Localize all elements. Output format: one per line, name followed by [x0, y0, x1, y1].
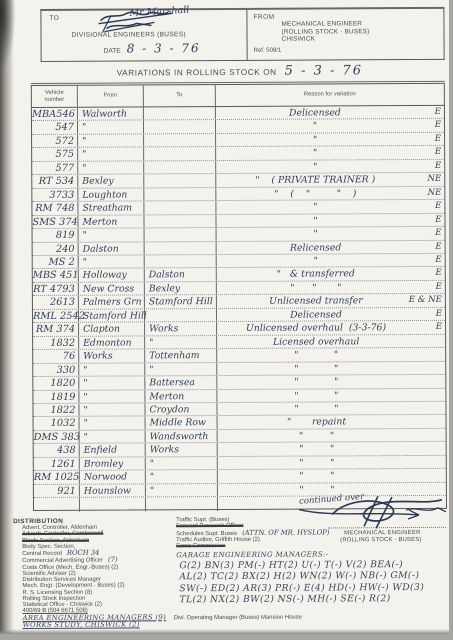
- from-location: Hounslow: [80, 484, 146, 497]
- reason-text: Unlicensed transfer: [217, 294, 415, 308]
- vehicle-number: RM 1025: [34, 471, 80, 484]
- reason-text: Relicensed: [217, 241, 415, 255]
- distribution-handwritten: AREA ENGINEERING MANAGERS (9)WORKS STUDY…: [14, 614, 174, 630]
- from-location: Streatham: [78, 202, 144, 215]
- title-date: 5 - 3 - 76: [285, 63, 363, 78]
- to-location: [144, 147, 216, 160]
- reason-cell: " ": [217, 348, 445, 362]
- to-location: [144, 174, 216, 187]
- to-location: Stamford Hill: [145, 295, 217, 308]
- reason-cell: Unlicensed overhaul (3-3-76)E: [217, 321, 445, 335]
- status-code: E: [436, 308, 442, 321]
- vehicle-number: 1822: [33, 404, 79, 417]
- from-location: Bromley: [80, 457, 146, 470]
- from-location: Enfield: [80, 444, 146, 457]
- status-code: E: [435, 133, 441, 146]
- to-location: [144, 215, 216, 228]
- from-location: ": [80, 430, 146, 443]
- handwritten-note: (ATTN. OF MR. HYSLOP): [242, 528, 329, 536]
- col-from: From: [78, 85, 144, 106]
- reason-cell: "E: [216, 133, 444, 147]
- reason-text: " ": [218, 456, 416, 470]
- reason-text: Licensed overhaul: [217, 335, 415, 349]
- status-code: E: [436, 281, 442, 294]
- signature-block: MECHANICAL ENGINEER (ROLLING STOCK - BUS…: [326, 494, 451, 555]
- vehicle-number: DMS 383: [34, 431, 80, 444]
- to-location: [145, 242, 217, 255]
- to-location: [146, 497, 218, 511]
- to-location: [144, 120, 216, 133]
- from-location: ": [78, 134, 144, 147]
- reason-text: ": [216, 200, 414, 214]
- to-location: [144, 161, 216, 174]
- reason-cell: RelicensedE: [217, 240, 445, 254]
- from-location: Merton: [78, 215, 144, 228]
- reason-text: Delicensed: [217, 308, 415, 322]
- from-location: Clapton: [79, 323, 145, 336]
- reason-text: ": [216, 133, 414, 147]
- to-location: Dalston: [145, 268, 217, 281]
- vehicle-number: RML 2542: [33, 310, 79, 323]
- from-location: Edmonton: [79, 336, 145, 349]
- list-item-text: Traffic Auditor, Griffith House (2): [176, 537, 260, 543]
- middle-items: Traffic Supt. (Buses)Forward Research Of…: [176, 516, 346, 549]
- from-location: Loughton: [78, 188, 144, 201]
- distribution-items: Advert, Controller, AldenhamAdverts Cont…: [13, 524, 173, 614]
- garage-code-line: SW(-) ED(2) AR(3) PR(-) E(4) HD(-) HW(-)…: [179, 582, 453, 595]
- signature-scribble: [326, 494, 451, 531]
- vehicle-number: 240: [33, 242, 79, 255]
- reason-cell: "E: [216, 200, 444, 214]
- to-location: Bexley: [145, 282, 217, 295]
- garage-code-line: TL(2) NX(2) BW(2) NS(-) MH(-) SE(-) R(2): [179, 593, 453, 606]
- from-location: Bexley: [78, 175, 144, 188]
- list-item-text: Fares Commission: [176, 543, 225, 549]
- from-line2: (ROLLING STOCK · BUSES): [281, 28, 369, 36]
- reason-cell: DelicensedE: [216, 106, 444, 120]
- reason-cell: " repaint: [218, 415, 446, 429]
- middle-distribution-list: Traffic Supt. (Buses)Forward Research Of…: [176, 516, 346, 559]
- reason-cell: "E: [217, 227, 445, 241]
- to-location: ": [146, 470, 218, 483]
- handwritten-distribution-line: WORKS STUDY, CHISWICK (2): [14, 621, 174, 629]
- reason-text: ": [216, 214, 414, 228]
- vehicle-number: RT 4793: [33, 283, 79, 296]
- vehicle-number: 577: [32, 162, 78, 175]
- reason-text: " ": [217, 375, 415, 389]
- reason-cell: " " "E: [217, 281, 445, 295]
- vehicle-number: 330: [33, 363, 79, 376]
- reason-text: " ": [217, 402, 415, 416]
- distribution-list: DISTRIBUTION Advert, Controller, Aldenha…: [13, 517, 174, 630]
- reason-cell: " ": [218, 429, 446, 443]
- to-recipient: DIVISIONAL ENGINEERS (BUSES): [72, 31, 186, 39]
- to-location: Middle Row: [146, 416, 218, 429]
- reason-cell: " ": [217, 388, 445, 402]
- garage-managers-title: GARAGE ENGINEERING MANAGERS:-: [176, 551, 346, 560]
- reason-text: ": [217, 227, 415, 241]
- status-code: E: [435, 227, 441, 240]
- status-code: E: [435, 213, 441, 226]
- reason-cell: "E: [216, 213, 444, 227]
- vehicle-number: 1261: [34, 458, 80, 471]
- from-location: ": [79, 228, 145, 241]
- reason-text: ": [216, 146, 414, 160]
- handwritten-note: (7): [108, 556, 118, 564]
- from-location: ": [80, 417, 146, 430]
- date-value: 8 - 3 - 76: [127, 41, 201, 55]
- col-vehicle-number: Vehicle number: [32, 86, 78, 107]
- operating-manager-line: Divl. Operating Manager (Buses) Mansion …: [174, 615, 302, 622]
- from-location: [80, 498, 146, 512]
- to-location: Wandsworth: [146, 430, 218, 443]
- to-location: ": [145, 336, 217, 349]
- reason-text: " ": [217, 389, 415, 403]
- reason-cell: "E: [217, 254, 445, 268]
- signatory-title-1: MECHANICAL ENGINEER: [344, 530, 421, 536]
- from-address: MECHANICAL ENGINEER (ROLLING STOCK · BUS…: [281, 20, 369, 43]
- table-header: Vehicle number From To Reason for variat…: [32, 84, 444, 108]
- from-line1: MECHANICAL ENGINEER: [281, 20, 369, 28]
- reason-text: " & transferred: [217, 267, 415, 281]
- list-item-text: Blinds Section, Aldenham: [22, 537, 89, 543]
- status-code: E: [435, 267, 441, 280]
- from-location: Works: [79, 350, 145, 363]
- reason-text: Unlicensed overhaul (3-3-76): [217, 321, 415, 335]
- vehicle-number: 819: [33, 229, 79, 242]
- reference-number: Ref. 508/1: [254, 48, 282, 54]
- vehicle-number: 2613: [33, 296, 79, 309]
- scan-corner-shadow: [0, 0, 16, 70]
- reason-text: " ": [217, 362, 415, 376]
- document-content: TO Mr Marshall DIVISIONAL ENGINEERS (BUS…: [0, 0, 451, 635]
- date-label: DATE: [104, 48, 121, 55]
- to-location: [144, 201, 216, 214]
- to-location: [145, 228, 217, 241]
- vehicle-number: MBA546: [32, 108, 78, 121]
- garage-code-lines: G(2) BN(3) PM(-) HT(2) U(-) T(-) V(2) BE…: [179, 559, 453, 606]
- status-code: NE: [428, 187, 442, 200]
- to-location: [144, 188, 216, 201]
- scanned-document: TO Mr Marshall DIVISIONAL ENGINEERS (BUS…: [0, 0, 449, 634]
- vehicle-number: 1832: [33, 336, 79, 349]
- vehicle-number: RM 748: [32, 202, 78, 215]
- reason-cell: " ": [218, 469, 446, 483]
- reason-cell: " ( " " )NE: [216, 187, 444, 201]
- reason-text: " ( " " ): [216, 187, 414, 201]
- status-code: E: [435, 200, 441, 213]
- from-location: ": [79, 403, 145, 416]
- list-item: Fares Commission: [176, 542, 346, 549]
- from-location: ": [78, 161, 144, 174]
- list-item-text: Forward Research Officer: [176, 523, 243, 529]
- reason-text: " repaint: [218, 415, 416, 429]
- from-location: ": [79, 363, 145, 376]
- vehicle-number: 547: [32, 121, 78, 134]
- vehicle-number: 921: [34, 484, 80, 497]
- to-location: ": [146, 457, 218, 470]
- table-body: MBA546WalworthDelicensedE547""E572""E575…: [32, 106, 446, 512]
- reason-text: Delicensed: [216, 106, 414, 120]
- scan-edge-shadow: [0, 0, 14, 634]
- reason-text: " ( PRIVATE TRAINER ): [216, 173, 414, 187]
- reason-cell: " ( PRIVATE TRAINER )NE: [216, 173, 444, 187]
- to-location: ": [146, 484, 218, 497]
- from-location: ": [79, 390, 145, 403]
- reason-text: " ": [217, 348, 415, 362]
- address-header-box: TO Mr Marshall DIVISIONAL ENGINEERS (BUS…: [40, 7, 444, 62]
- to-location: Works: [145, 322, 217, 335]
- list-item-text: Statistical Office - Chiswick (2): [22, 602, 101, 608]
- reason-text: " " ": [217, 281, 415, 295]
- reason-cell: " ": [218, 456, 446, 470]
- reason-cell: Licensed overhaul: [217, 335, 445, 349]
- vehicle-number: 1820: [33, 377, 79, 390]
- from-location: Walworth: [78, 107, 144, 120]
- status-code: E: [436, 321, 442, 334]
- to-location: Merton: [145, 390, 217, 403]
- vehicle-number: SMS 374: [32, 215, 78, 228]
- from-location: Dalston: [79, 242, 145, 255]
- reason-text: ": [217, 254, 415, 268]
- vehicle-number: MS 2: [33, 256, 79, 269]
- from-location: ": [79, 255, 145, 268]
- vehicle-number: 1819: [33, 390, 79, 403]
- to-location: Battersea: [145, 376, 217, 389]
- reason-text: ": [216, 160, 414, 174]
- vehicle-number: 438: [34, 444, 80, 457]
- status-code: E: [435, 240, 441, 253]
- list-item-text: Adverts Controller, Camberwell: [22, 531, 103, 537]
- reason-cell: "E: [216, 146, 444, 160]
- status-code: E: [435, 160, 441, 173]
- reason-text: " ": [218, 469, 416, 483]
- reason-cell: " ": [217, 402, 445, 416]
- vehicle-number: 575: [32, 148, 78, 161]
- reason-text: ": [216, 119, 414, 133]
- status-code: NE: [427, 173, 441, 186]
- col-reason: Reason for variation: [216, 84, 444, 106]
- to-location: ": [145, 363, 217, 376]
- col-to: To: [144, 85, 216, 106]
- handwritten-note: ROCH 34: [67, 549, 100, 557]
- rolling-stock-table: Vehicle number From To Reason for variat…: [31, 83, 447, 511]
- from-label: FROM: [253, 14, 274, 21]
- from-location: Stamford Hill: [79, 309, 145, 322]
- to-location: [145, 255, 217, 268]
- from-location: ": [78, 148, 144, 161]
- to-location: Croydon: [145, 403, 217, 416]
- to-location: Tottenham: [145, 349, 217, 362]
- reason-text: " ": [218, 429, 416, 443]
- status-code: E & NE: [409, 294, 442, 307]
- reason-cell: " ": [218, 442, 446, 456]
- from-location: ": [79, 376, 145, 389]
- from-location: Norwood: [80, 471, 146, 484]
- to-label: TO: [49, 15, 59, 22]
- reason-text: " ": [218, 442, 416, 456]
- page-title: VARIATIONS IN ROLLING STOCK ON5 - 3 - 76: [117, 63, 363, 79]
- signatory-title-2: (ROLLING STOCK - BUSES): [340, 537, 421, 543]
- reason-cell: Unlicensed transferE & NE: [217, 294, 445, 308]
- from-location: Palmers Grn: [79, 296, 145, 309]
- from-location: New Cross: [79, 282, 145, 295]
- from-location: ": [78, 121, 144, 134]
- to-location: [144, 134, 216, 147]
- header-divider: [246, 10, 247, 60]
- status-code: E: [435, 106, 441, 119]
- reason-cell: "E: [216, 160, 444, 174]
- reason-cell: "E: [216, 119, 444, 133]
- status-code: E: [435, 119, 441, 132]
- reason-cell: DelicensedE: [217, 308, 445, 322]
- title-text: VARIATIONS IN ROLLING STOCK ON: [117, 68, 277, 78]
- status-code: E: [435, 254, 441, 267]
- vehicle-number: 572: [32, 135, 78, 148]
- to-location: Works: [146, 443, 218, 456]
- vehicle-number: RT 534: [32, 175, 78, 188]
- vehicle-number: MBS 451: [33, 269, 79, 282]
- vehicle-number: 76: [33, 350, 79, 363]
- list-item-text: Central Record: [22, 551, 62, 557]
- status-code: E: [435, 146, 441, 159]
- from-line3: CHISWICK: [282, 35, 370, 43]
- list-item: Schedules Supt. Buses(ATTN. OF MR. HYSLO…: [176, 529, 346, 537]
- vehicle-number: 1032: [34, 417, 80, 430]
- reason-cell: " ": [217, 375, 445, 389]
- date-row: DATE8 - 3 - 76: [104, 41, 201, 56]
- vehicle-number: [34, 498, 80, 512]
- vehicle-number: 3733: [32, 188, 78, 201]
- to-location: [144, 107, 216, 120]
- from-location: Holloway: [79, 269, 145, 282]
- reason-cell: " ": [217, 361, 445, 375]
- vehicle-number: RM 374: [33, 323, 79, 336]
- to-location: [145, 309, 217, 322]
- reason-cell: " & transferredE: [217, 267, 445, 281]
